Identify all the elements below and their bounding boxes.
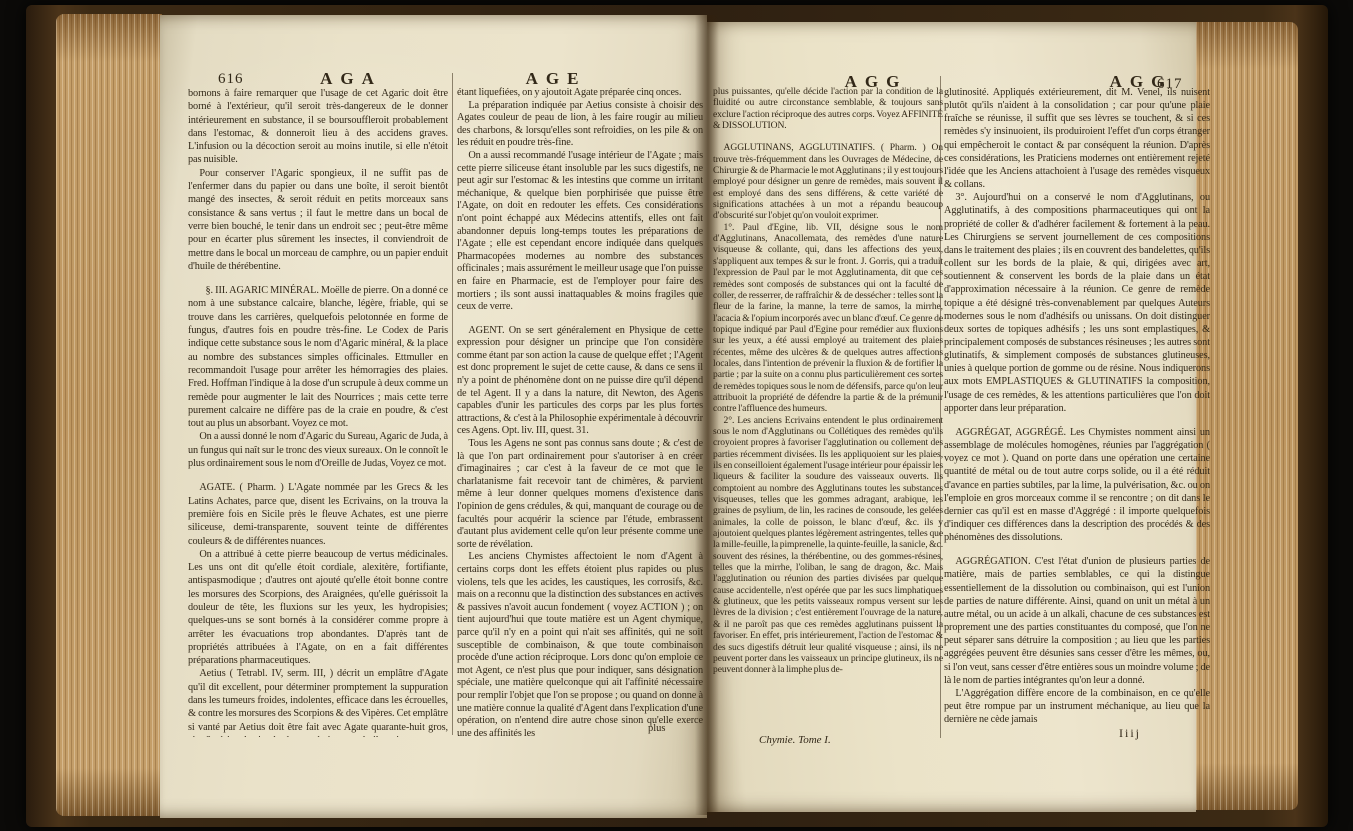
left-page: 616 AGA AGE bornons à faire remarquer qu… <box>160 15 707 818</box>
paragraph: L'Aggrégation diffère encore de la combi… <box>944 687 1210 726</box>
signature-mark: Iiij <box>1119 726 1141 741</box>
paragraph: Pour conserver l'Agaric spongieux, il ne… <box>188 167 448 273</box>
right-page: 617 AGG AGG plus puissantes, qu'elle déc… <box>707 22 1196 812</box>
column-divider-rule <box>452 73 453 735</box>
left-page-column-1: bornons à faire remarquer que l'usage de… <box>188 87 448 737</box>
paragraph: On a aussi donné le nom d'Agaric du Sure… <box>188 430 448 470</box>
paragraph: bornons à faire remarquer que l'usage de… <box>188 87 448 167</box>
catchword: plus <box>648 723 666 734</box>
paragraph: 1°. Paul d'Egine, lib. VII, désigne sous… <box>713 222 943 415</box>
right-page-block-fore-edge <box>1196 22 1298 810</box>
paragraph: AGENT. On se sert généralement en Physiq… <box>457 325 703 438</box>
paragraph: étant liquefiées, on y ajoutoit Agate pr… <box>457 87 703 100</box>
paragraph: 2°. Les anciens Ecrivains entendent le p… <box>713 415 943 676</box>
paragraph: Tous les Agens ne sont pas connus sans d… <box>457 438 703 551</box>
paragraph: AGGLUTINANS, AGGLUTINATIFS. ( Pharm. ) O… <box>713 142 943 221</box>
paragraph: On a aussi recommandé l'usage intérieur … <box>457 150 703 314</box>
left-page-col2-running-header: AGE <box>518 69 587 89</box>
paragraph: La préparation indiquée par Aetius consi… <box>457 100 703 150</box>
paragraph: AGATE. ( Pharm. ) L'Agate nommée par les… <box>188 481 448 547</box>
paragraph: plus puissantes, qu'elle décide l'action… <box>713 86 943 131</box>
paragraph: Les anciens Chymistes affectoient le nom… <box>457 551 703 739</box>
paragraph: AGGRÉGATION. C'est l'état d'union de plu… <box>944 555 1210 687</box>
paragraph: Aetius ( Tetrabl. IV, serm. III, ) décri… <box>188 667 448 737</box>
left-page-column-2: étant liquefiées, on y ajoutoit Agate pr… <box>457 87 703 739</box>
paragraph: On a attribué à cette pierre beaucoup de… <box>188 548 448 668</box>
paragraph: glutinosité. Appliqués extérieurement, d… <box>944 86 1210 191</box>
left-page-block-fore-edge <box>56 14 162 816</box>
paragraph: AGGRÉGAT, AGGRÉGÉ. Les Chymistes nomment… <box>944 426 1210 544</box>
volume-footer: Chymie. Tome I. <box>759 734 831 746</box>
photo-background: { "theme":{ "bg":"#0b0a08", "edge":"#b98… <box>0 0 1353 831</box>
paragraph: 3°. Aujourd'hui on a conservé le nom d'A… <box>944 191 1210 415</box>
left-page-col1-running-header: AGA <box>312 69 382 89</box>
right-page-column-2: glutinosité. Appliqués extérieurement, d… <box>944 86 1210 738</box>
right-page-column-1: plus puissantes, qu'elle décide l'action… <box>713 86 943 738</box>
paragraph: §. III. AGARIC MINÉRAL. Moëlle de pierre… <box>188 284 448 430</box>
left-page-number: 616 <box>218 71 244 88</box>
